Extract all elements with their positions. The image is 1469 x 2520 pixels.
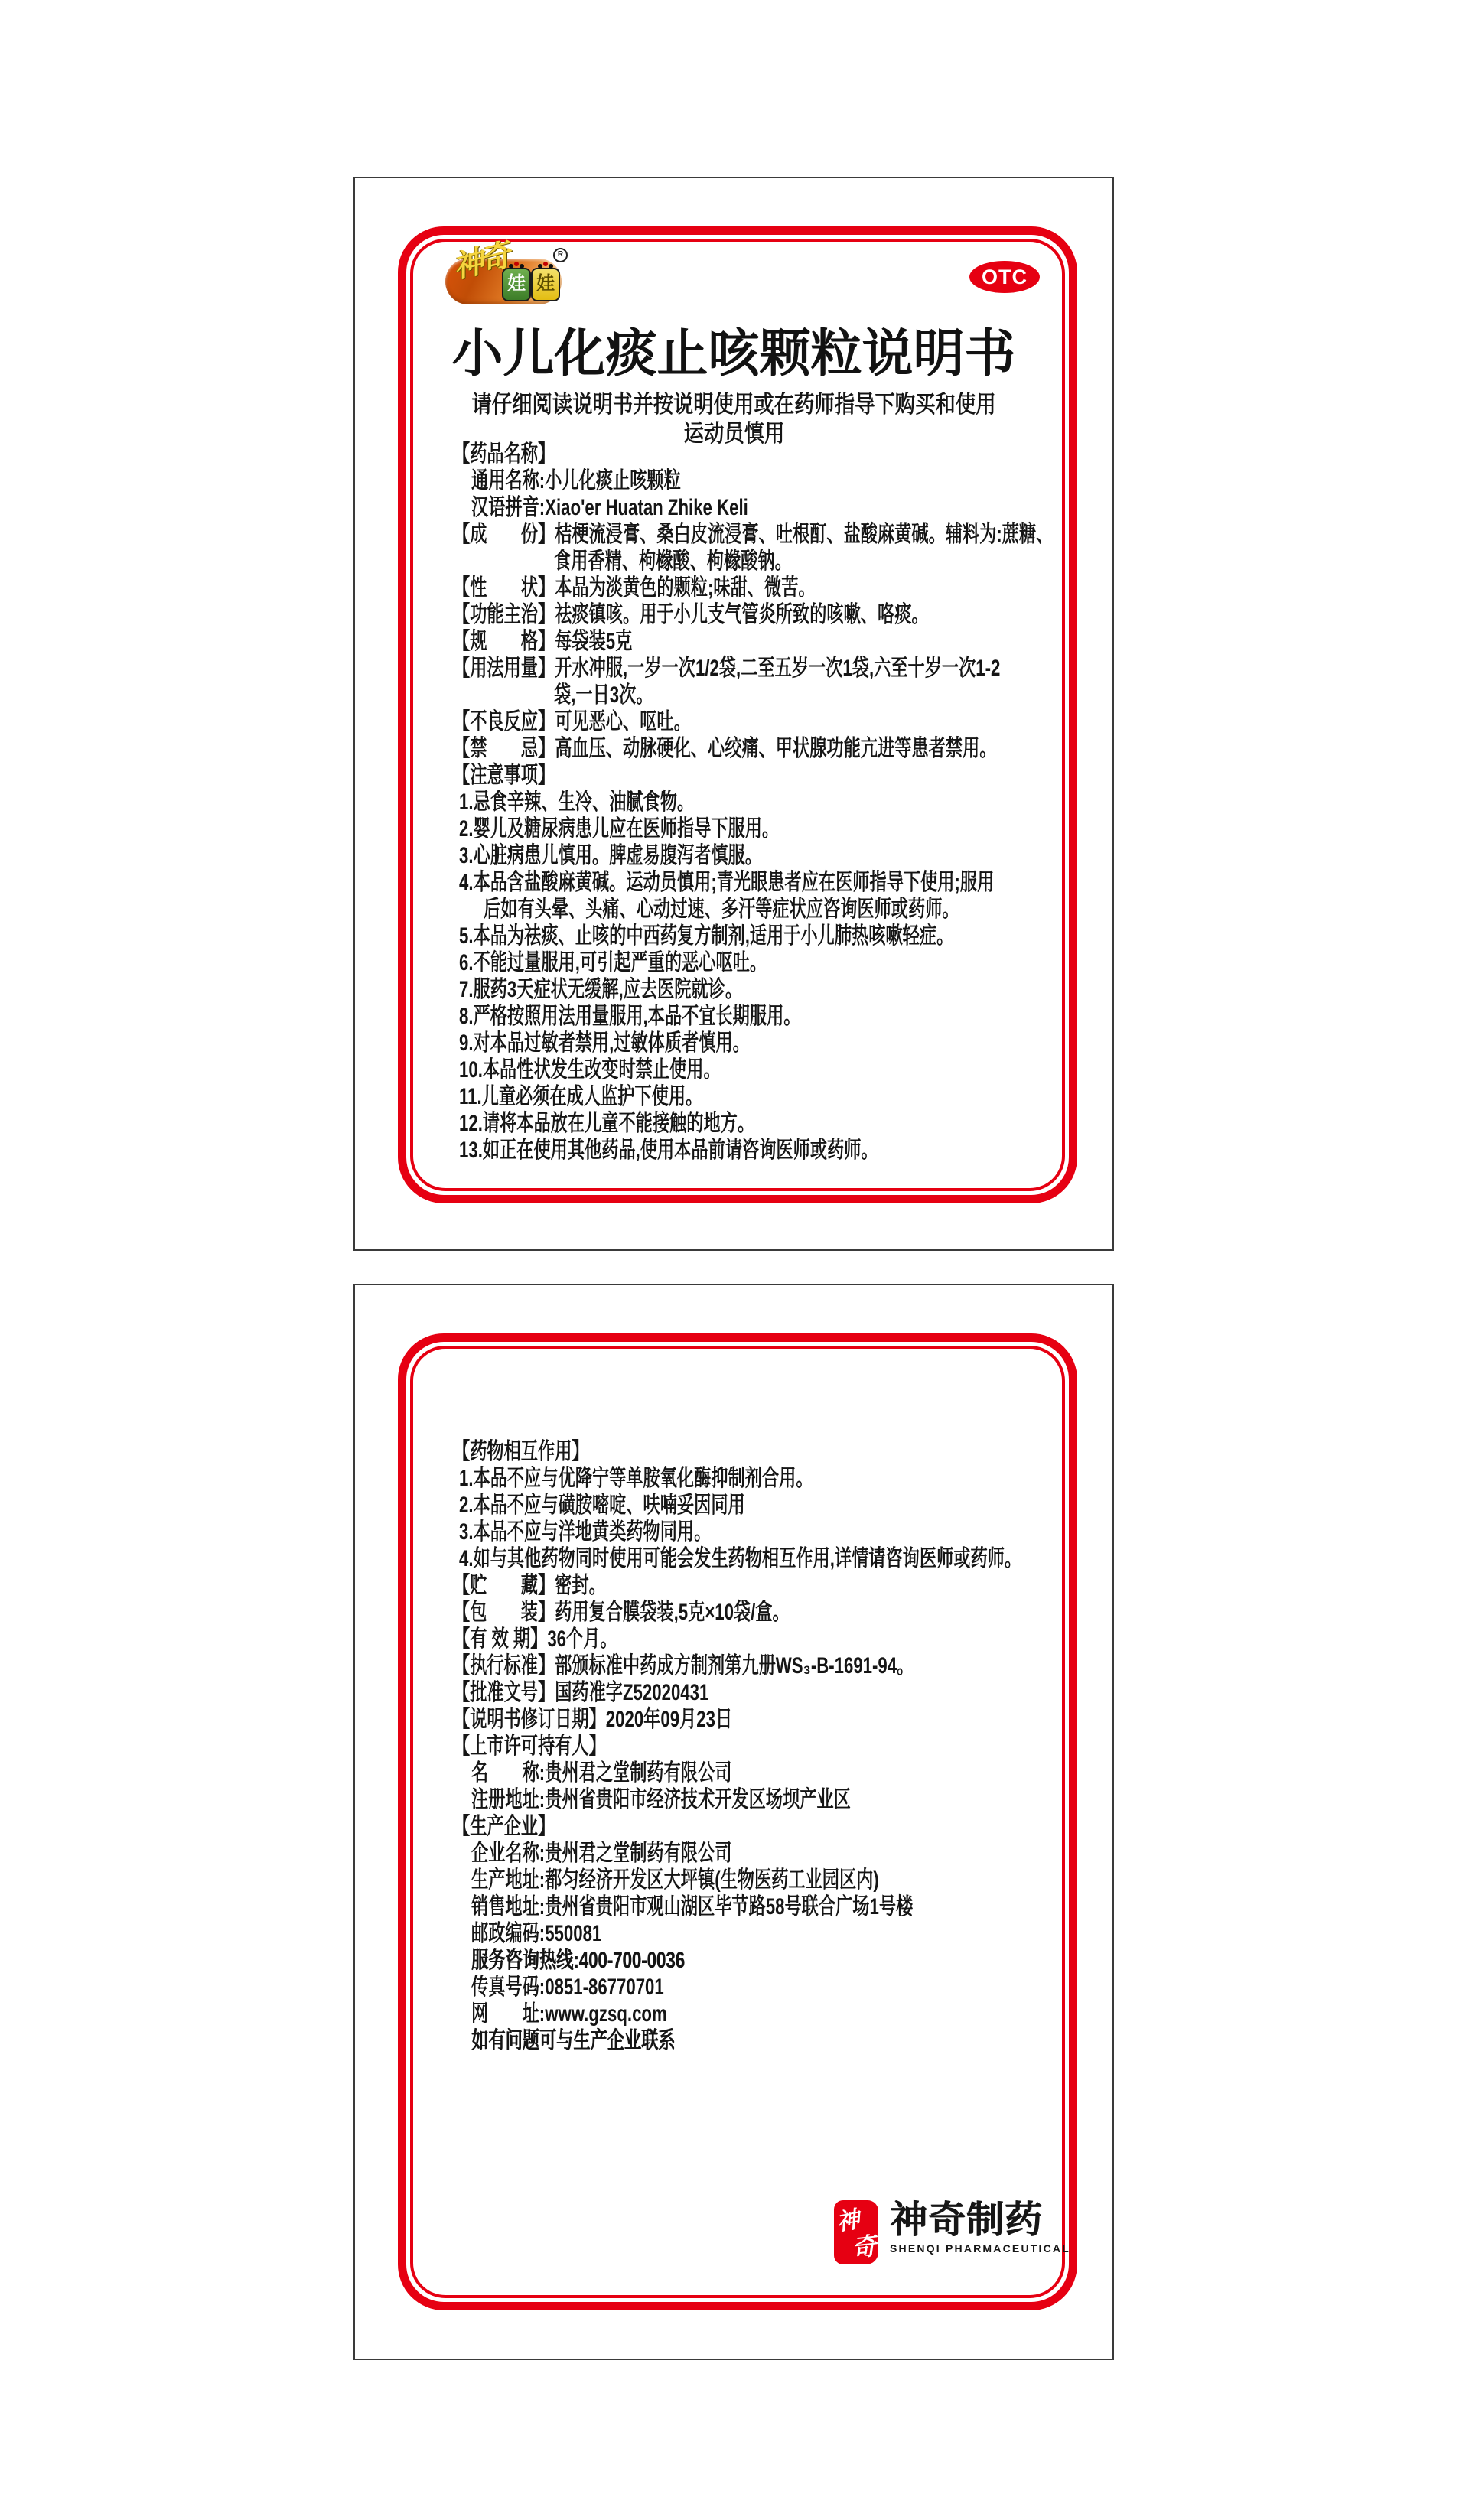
manufacturer-name-block: 神奇制药 SHENQI PHARMACEUTICAL — [890, 2200, 1070, 2264]
text-line: 【药品名称】 — [453, 441, 1082, 467]
text-line: 网 址:www.gzsq.com — [471, 2001, 1082, 2027]
text-line: 【有 效 期】36个月。 — [453, 1626, 1082, 1652]
text-line: 2.婴儿及糖尿病患儿应在医师指导下服用。 — [459, 816, 1082, 842]
text-line: 【执行标准】部颁标准中药成方制剂第九册WS₃-B-1691-94。 — [453, 1652, 1082, 1679]
text-line: 【生产企业】 — [453, 1813, 1082, 1840]
text-line: 8.严格按照用法用量服用,本品不宜长期服用。 — [459, 1003, 1082, 1030]
text-line: 【不良反应】可见恶心、呕吐。 — [453, 708, 1082, 735]
text-line: 【性 状】本品为淡黄色的颗粒;味甜、微苦。 — [453, 575, 1082, 601]
text-line: 【上市许可持有人】 — [453, 1733, 1082, 1760]
page-title: 小儿化痰止咳颗粒说明书 — [355, 327, 1112, 382]
text-line: 10.本品性状发生改变时禁止使用。 — [459, 1057, 1082, 1083]
text-line: 企业名称:贵州君之堂制药有限公司 — [471, 1840, 1082, 1867]
text-line: 12.请将本品放在儿童不能接触的地方。 — [459, 1110, 1082, 1137]
text-line: 【包 装】药用复合膜袋装,5克×10袋/盒。 — [453, 1599, 1082, 1626]
back-body-text: 【药物相互作用】1.本品不应与优降宁等单胺氧化酶抑制剂合用。2.本品不应与磺胺嘧… — [453, 1438, 1082, 2054]
text-line: 3.心脏病患儿慎用。脾虚易腹泻者慎服。 — [459, 842, 1082, 869]
text-line: 服务咨询热线:400-700-0036 — [471, 1947, 1082, 1974]
text-line: 4.如与其他药物同时使用可能会发生药物相互作用,详情请咨询医师或药师。 — [459, 1545, 1082, 1572]
text-line: 注册地址:贵州省贵阳市经济技术开发区场坝产业区 — [471, 1786, 1082, 1813]
text-line: 通用名称:小儿化痰止咳颗粒 — [471, 467, 1082, 494]
insert-page-back: 【药物相互作用】1.本品不应与优降宁等单胺氧化酶抑制剂合用。2.本品不应与磺胺嘧… — [353, 1284, 1114, 2360]
text-line: 4.本品含盐酸麻黄碱。运动员慎用;青光眼患者应在医师指导下使用;服用 — [459, 869, 1082, 896]
text-line: 邮政编码:550081 — [471, 1920, 1082, 1947]
brand-doll-icon: 娃 — [531, 268, 560, 301]
shenqi-seal-icon: 神 奇 — [834, 2200, 878, 2264]
text-line: 【药物相互作用】 — [453, 1438, 1082, 1465]
text-line: 【说明书修订日期】2020年09月23日 — [453, 1706, 1082, 1733]
text-line: 【贮 藏】密封。 — [453, 1572, 1082, 1599]
text-line: 9.对本品过敏者禁用,过敏体质者慎用。 — [459, 1030, 1082, 1057]
text-line: 1.忌食辛辣、生冷、油腻食物。 — [459, 789, 1082, 816]
registered-trademark-icon: R — [553, 248, 568, 262]
text-line: 后如有头晕、头痛、心动过速、多汗等症状应咨询医师或药师。 — [484, 896, 1082, 923]
text-line: 【注意事项】 — [453, 762, 1082, 789]
manufacturer-logo: 神 奇 神奇制药 SHENQI PHARMACEUTICAL — [834, 2200, 1070, 2264]
brand-doll-icon: 娃 — [502, 268, 531, 301]
text-line: 生产地址:都匀经济开发区大坪镇(生物医药工业园区内) — [471, 1867, 1082, 1893]
text-line: 11.儿童必须在成人监护下使用。 — [459, 1083, 1082, 1110]
text-line: 名 称:贵州君之堂制药有限公司 — [471, 1760, 1082, 1786]
text-line: 如有问题可与生产企业联系 — [471, 2027, 1082, 2054]
text-line: 7.服药3天症状无缓解,应去医院就诊。 — [459, 976, 1082, 1003]
shenqi-wawa-brand-logo: 神奇 娃 娃 R — [445, 259, 562, 304]
text-line: 13.如正在使用其他药品,使用本品前请咨询医师或药师。 — [459, 1137, 1082, 1164]
front-body-text: 【药品名称】通用名称:小儿化痰止咳颗粒汉语拼音:Xiao'er Huatan Z… — [453, 441, 1082, 1164]
text-line: 食用香精、枸橼酸、枸橼酸钠。 — [554, 548, 1082, 575]
text-line: 传真号码:0851-86770701 — [471, 1974, 1082, 2001]
leaflet-scan-canvas: 神奇 娃 娃 R OTC 小儿化痰止咳颗粒说明书 请仔细阅读说明书并按说明使用或… — [0, 0, 1469, 2520]
text-line: 【用法用量】开水冲服,一岁一次1/2袋,二至五岁一次1袋,六至十岁一次1-2 — [453, 655, 1082, 682]
text-line: 【禁 忌】高血压、动脉硬化、心绞痛、甲状腺功能亢进等患者禁用。 — [453, 735, 1082, 762]
text-line: 袋,一日3次。 — [554, 682, 1082, 708]
text-line: 6.不能过量服用,可引起严重的恶心呕吐。 — [459, 949, 1082, 976]
text-line: 【成 份】桔梗流浸膏、桑白皮流浸膏、吐根酊、盐酸麻黄碱。辅料为:蔗糖、 — [453, 521, 1082, 548]
text-line: 汉语拼音:Xiao'er Huatan Zhike Keli — [471, 494, 1082, 521]
manufacturer-name-cn: 神奇制药 — [890, 2200, 1070, 2240]
text-line: 3.本品不应与洋地黄类药物同用。 — [459, 1519, 1082, 1545]
otc-badge: OTC — [969, 261, 1040, 293]
text-line: 5.本品为祛痰、止咳的中西药复方制剂,适用于小儿肺热咳嗽轻症。 — [459, 923, 1082, 949]
text-line: 【批准文号】国药准字Z52020431 — [453, 1679, 1082, 1706]
manufacturer-name-en: SHENQI PHARMACEUTICAL — [890, 2242, 1070, 2255]
insert-page-front: 神奇 娃 娃 R OTC 小儿化痰止咳颗粒说明书 请仔细阅读说明书并按说明使用或… — [353, 177, 1114, 1251]
text-line: 销售地址:贵州省贵阳市观山湖区毕节路58号联合广场1号楼 — [471, 1893, 1082, 1920]
text-line: 2.本品不应与磺胺嘧啶、呋喃妥因同用 — [459, 1492, 1082, 1519]
text-line: 1.本品不应与优降宁等单胺氧化酶抑制剂合用。 — [459, 1465, 1082, 1492]
text-line: 【功能主治】祛痰镇咳。用于小儿支气管炎所致的咳嗽、咯痰。 — [453, 601, 1082, 628]
text-line: 【规 格】每袋装5克 — [453, 628, 1082, 655]
